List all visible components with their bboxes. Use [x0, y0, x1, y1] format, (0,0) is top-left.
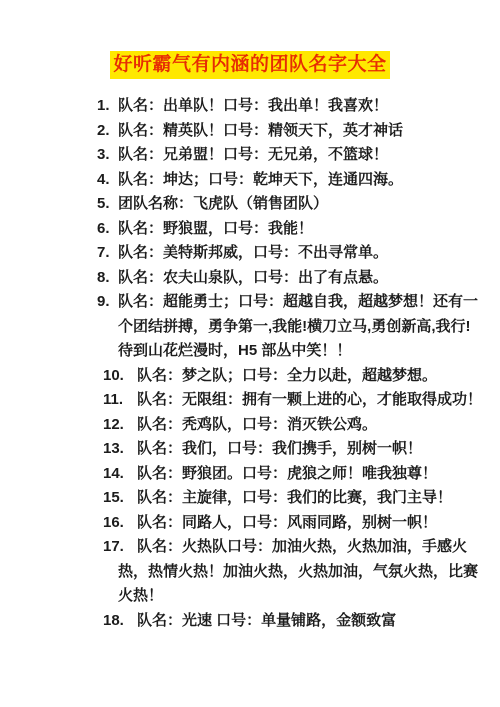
item-number: 14.: [103, 462, 137, 487]
item-text: 队名：我们，口号：我们携手，别树一帜！: [137, 440, 422, 457]
item-text: 队名：农夫山泉队，口号：出了有点悬。: [118, 269, 388, 286]
item-number: 18.: [103, 609, 137, 634]
item-text: 队名：主旋律，口号：我们的比赛，我门主导！: [137, 489, 452, 506]
item-number: 9.: [97, 290, 118, 315]
item-number: 2.: [97, 119, 118, 144]
item-text: 队名：梦之队；口号：全力以赴，超越梦想。: [137, 367, 437, 384]
item-number: 13.: [103, 437, 137, 462]
item-text: 队名：同路人，口号：风雨同路，别树一帜！: [137, 514, 437, 531]
item-text: 队名：野狼盟，口号：我能！: [118, 220, 313, 237]
item-number: 6.: [97, 217, 118, 242]
item-number: 10.: [103, 364, 137, 389]
list-item: 3.队名：兄弟盟！口号：无兄弟，不篮球！: [0, 143, 488, 168]
item-text: 队名：兄弟盟！口号：无兄弟，不篮球！: [118, 146, 388, 163]
item-number: 4.: [97, 168, 118, 193]
list-item: 11.队名：无限组：拥有一颗上进的心，才能取得成功！: [0, 388, 488, 413]
list-item: 7.队名：美特斯邦威，口号：不出寻常单。: [0, 241, 488, 266]
item-text: 队名：精英队！口号：精领天下，英才神话: [118, 122, 403, 139]
item-number: 17.: [103, 535, 137, 560]
document-page: 好听霸气有内涵的团队名字大全 1.队名：出单队！口号：我出单！我喜欢！2.队名：…: [0, 0, 500, 707]
item-number: 16.: [103, 511, 137, 536]
item-number: 11.: [103, 388, 137, 413]
item-text: 队名：野狼团。口号：虎狼之师！唯我独尊！: [137, 465, 437, 482]
list-item: 16.队名：同路人，口号：风雨同路，别树一帜！: [0, 511, 488, 536]
list-item: 5.团队名称：飞虎队（销售团队）: [0, 192, 488, 217]
list-item: 17.队名：火热队口号：加油火热，火热加油，手感火 热，热情火热！加油火热，火热…: [0, 535, 488, 609]
list-item: 13.队名：我们，口号：我们携手，别树一帜！: [0, 437, 488, 462]
list-item: 2.队名：精英队！口号：精领天下，英才神话: [0, 119, 488, 144]
item-text: 队名：超能勇士；口号：超越自我，超越梦想！还有一 个团结拼搏，勇争第一,我能!横…: [118, 293, 478, 359]
item-text: 队名：美特斯邦威，口号：不出寻常单。: [118, 244, 388, 261]
item-number: 12.: [103, 413, 137, 438]
item-number: 3.: [97, 143, 118, 168]
list-item: 1.队名：出单队！口号：我出单！我喜欢！: [0, 94, 488, 119]
list-item: 9.队名：超能勇士；口号：超越自我，超越梦想！还有一 个团结拼搏，勇争第一,我能…: [0, 290, 488, 364]
item-text: 队名：出单队！口号：我出单！我喜欢！: [118, 97, 388, 114]
item-number: 1.: [97, 94, 118, 119]
list-item: 12.队名：秃鸡队，口号：消灭铁公鸡。: [0, 413, 488, 438]
item-text: 队名：光速 口号：单量铺路，金额致富: [137, 612, 396, 629]
list-item: 4.队名：坤达；口号：乾坤天下，连通四海。: [0, 168, 488, 193]
list-item: 8.队名：农夫山泉队，口号：出了有点悬。: [0, 266, 488, 291]
item-text: 队名：秃鸡队，口号：消灭铁公鸡。: [137, 416, 377, 433]
team-list: 1.队名：出单队！口号：我出单！我喜欢！2.队名：精英队！口号：精领天下，英才神…: [0, 94, 500, 633]
page-title: 好听霸气有内涵的团队名字大全: [110, 51, 389, 79]
list-item: 14.队名：野狼团。口号：虎狼之师！唯我独尊！: [0, 462, 488, 487]
item-text: 队名：坤达；口号：乾坤天下，连通四海。: [118, 171, 403, 188]
list-item: 18.队名：光速 口号：单量铺路，金额致富: [0, 609, 488, 634]
title-row: 好听霸气有内涵的团队名字大全: [0, 51, 500, 79]
item-text: 团队名称：飞虎队（销售团队）: [118, 195, 328, 212]
item-text: 队名：火热队口号：加油火热，火热加油，手感火 热，热情火热！加油火热，火热加油，…: [118, 538, 478, 604]
item-number: 7.: [97, 241, 118, 266]
item-number: 8.: [97, 266, 118, 291]
item-text: 队名：无限组：拥有一颗上进的心，才能取得成功！: [137, 391, 482, 408]
list-item: 15.队名：主旋律，口号：我们的比赛，我门主导！: [0, 486, 488, 511]
list-item: 6.队名：野狼盟，口号：我能！: [0, 217, 488, 242]
item-number: 15.: [103, 486, 137, 511]
list-item: 10.队名：梦之队；口号：全力以赴，超越梦想。: [0, 364, 488, 389]
item-number: 5.: [97, 192, 118, 217]
